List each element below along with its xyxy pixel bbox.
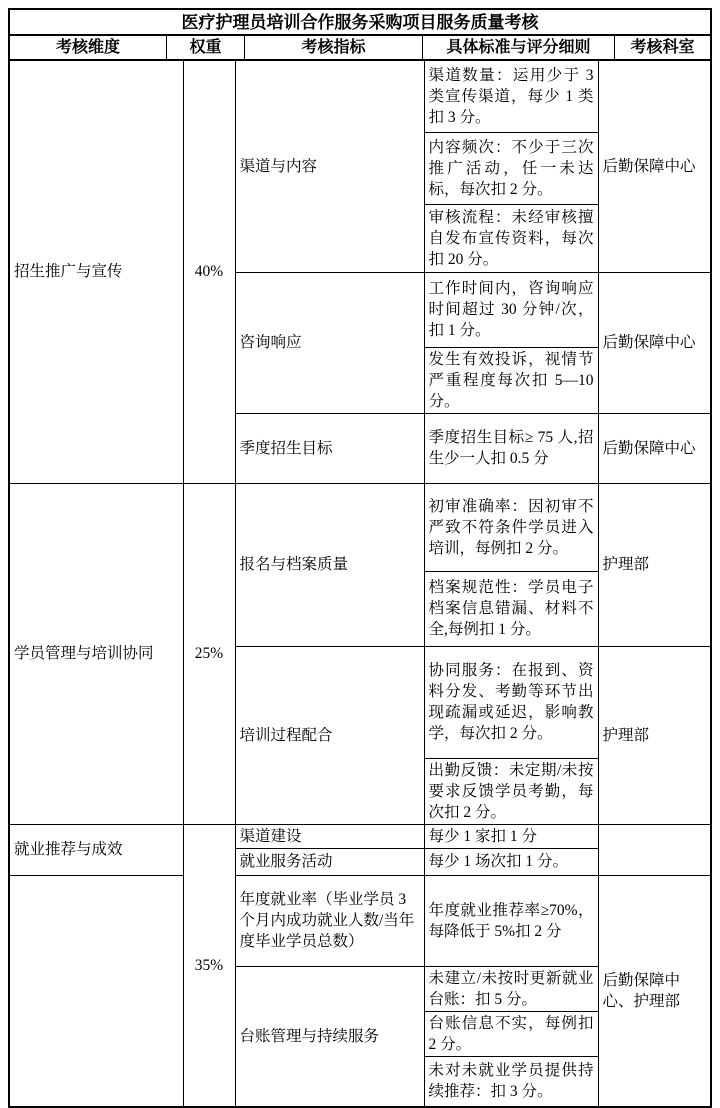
cell-dimension: 招生推广与宣传 <box>10 61 183 483</box>
cell-weight: 35% <box>183 824 235 1106</box>
cell-indicator: 培训过程配合 <box>235 646 424 824</box>
cell-indicator: 季度招生目标 <box>235 413 424 483</box>
cell-standard: 工作时间内，咨询响应时间超过 30 分钟/次，扣 1 分。 <box>424 272 598 347</box>
cell-weight: 40% <box>183 61 235 483</box>
header-cell-standards: 具体标准与评分细则 <box>423 36 615 59</box>
cell-department: 护理部 <box>598 483 710 646</box>
document-page: 医疗护理员培训合作服务采购项目服务质量考核 考核维度 权重 考核指标 具体标准与… <box>0 0 720 1103</box>
cell-indicator: 就业服务活动 <box>235 848 424 875</box>
cell-standard: 台账信息不实，每例扣 2 分。 <box>424 1011 598 1056</box>
cell-standard: 档案规范性：学员电子档案信息错漏、材料不全,每例扣 1 分。 <box>424 571 598 646</box>
cell-standard: 审核流程：未经审核擅自发布宣传资料，每次扣 20 分。 <box>424 204 598 272</box>
header-cell-weight: 权重 <box>167 36 245 59</box>
table-row: 招生推广与宣传 40% 渠道与内容 渠道数量：运用少于 3 类宣传渠道，每少 1… <box>10 61 710 132</box>
cell-department: 后勤保障中心 <box>598 413 710 483</box>
cell-standard: 出勤反馈：未定期/未按要求反馈学员考勤，每次扣 2 分。 <box>424 758 598 824</box>
cell-department: 后勤保障中心 <box>598 61 710 272</box>
cell-standard: 协同服务：在报到、资料分发、考勤等环节出现疏漏或延迟，影响教学，每次扣 2 分。 <box>424 646 598 758</box>
cell-indicator: 年度就业率（毕业学员 3 个月内成功就业人数/当年度毕业学员总数） <box>235 875 424 966</box>
table-row: 就业推荐与成效 35% 渠道建设 每少 1 家扣 1 分 <box>10 824 710 848</box>
cell-indicator: 渠道与内容 <box>235 61 424 272</box>
cell-dimension: 学员管理与培训协同 <box>10 483 183 824</box>
header-cell-indicator: 考核指标 <box>245 36 423 59</box>
cell-standard: 每少 1 场次扣 1 分。 <box>424 848 598 875</box>
cell-indicator: 咨询响应 <box>235 272 424 413</box>
cell-standard: 未建立/未按时更新就业台账：扣 5 分。 <box>424 966 598 1011</box>
cell-indicator: 台账管理与持续服务 <box>235 966 424 1106</box>
cell-department: 后勤保障中心、护理部 <box>598 875 710 1106</box>
cell-indicator: 渠道建设 <box>235 824 424 848</box>
table-body: 招生推广与宣传 40% 渠道与内容 渠道数量：运用少于 3 类宣传渠道，每少 1… <box>10 61 710 1106</box>
cell-department: 护理部 <box>598 646 710 824</box>
table-row: 年度就业率（毕业学员 3 个月内成功就业人数/当年度毕业学员总数） 年度就业推荐… <box>10 875 710 966</box>
cell-standard: 发生有效投诉，视情节严重程度每次扣 5—10 分。 <box>424 347 598 413</box>
cell-standard: 季度招生目标≥ 75 人,招生少一人扣 0.5 分 <box>424 413 598 483</box>
cell-dimension: 就业推荐与成效 <box>10 824 183 875</box>
cell-standard: 年度就业推荐率≥70%，每降低于 5%扣 2 分 <box>424 875 598 966</box>
table-row: 学员管理与培训协同 25% 报名与档案质量 初审准确率：因初审不严致不符条件学员… <box>10 483 710 571</box>
header-cell-department: 考核科室 <box>615 36 710 59</box>
header-cell-dimension: 考核维度 <box>10 36 167 59</box>
table-title: 医疗护理员培训合作服务采购项目服务质量考核 <box>10 10 710 36</box>
header-row: 考核维度 权重 考核指标 具体标准与评分细则 考核科室 <box>10 36 710 61</box>
cell-standard: 每少 1 家扣 1 分 <box>424 824 598 848</box>
cell-department-empty <box>598 824 710 875</box>
cell-standard: 初审准确率：因初审不严致不符条件学员进入培训，每例扣 2 分。 <box>424 483 598 571</box>
cell-indicator: 报名与档案质量 <box>235 483 424 646</box>
cell-department: 后勤保障中心 <box>598 272 710 413</box>
cell-standard: 未对未就业学员提供持续推荐：扣 3 分。 <box>424 1056 598 1106</box>
cell-weight: 25% <box>183 483 235 824</box>
cell-dimension-empty <box>10 875 183 1106</box>
assessment-table: 医疗护理员培训合作服务采购项目服务质量考核 考核维度 权重 考核指标 具体标准与… <box>8 8 712 1108</box>
cell-standard: 渠道数量：运用少于 3 类宣传渠道，每少 1 类扣 3 分。 <box>424 61 598 132</box>
cell-standard: 内容频次：不少于三次推广活动，任一未达标，每次扣 2 分。 <box>424 132 598 204</box>
